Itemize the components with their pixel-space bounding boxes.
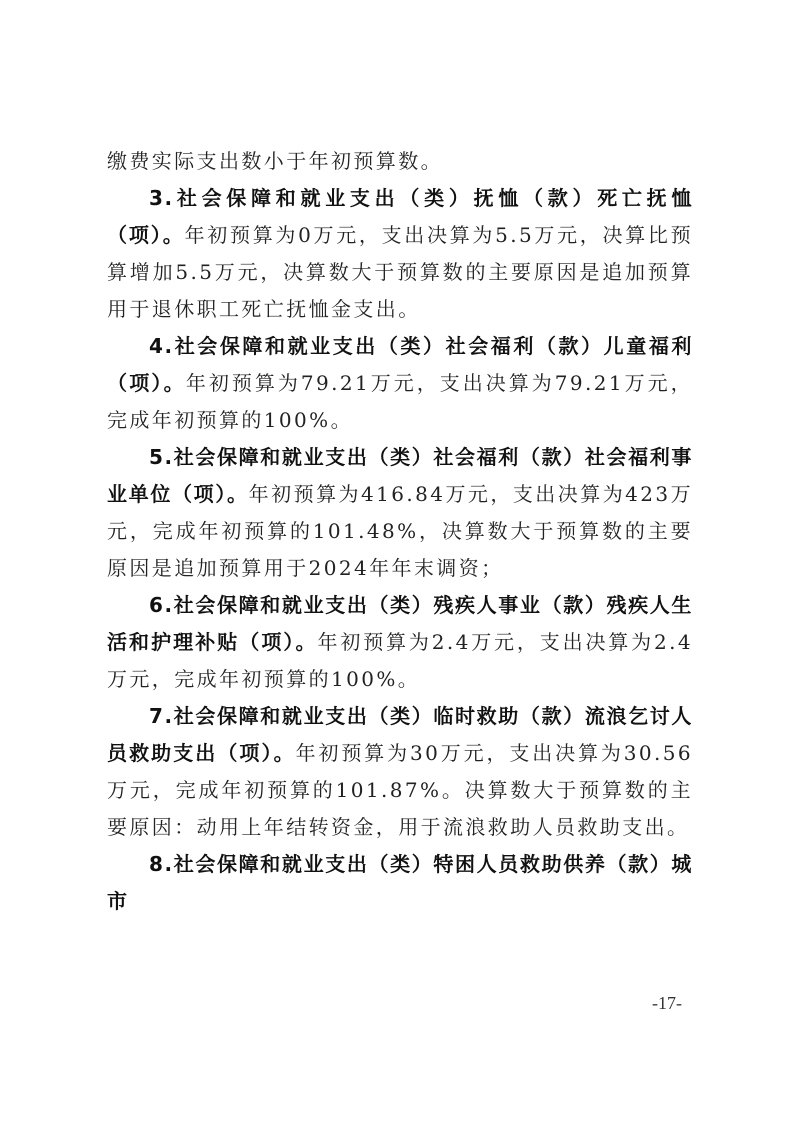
paragraph-item-6: 6.社会保障和就业支出（类）残疾人事业（款）残疾人生活和护理补贴（项）。年初预算… — [107, 587, 693, 698]
paragraph-text: 年初预算为0万元，支出决算为5.5万元，决算比预算增加5.5万元，决算数大于预算… — [107, 223, 693, 321]
document-body: 缴费实际支出数小于年初预算数。 3.社会保障和就业支出（类）抚恤（款）死亡抚恤（… — [107, 143, 693, 920]
paragraph-item-7: 7.社会保障和就业支出（类）临时救助（款）流浪乞讨人员救助支出（项）。年初预算为… — [107, 698, 693, 846]
paragraph-item-5: 5.社会保障和就业支出（类）社会福利（款）社会福利事业单位（项）。年初预算为41… — [107, 439, 693, 587]
document-page: 缴费实际支出数小于年初预算数。 3.社会保障和就业支出（类）抚恤（款）死亡抚恤（… — [0, 0, 793, 1122]
paragraph-item-3: 3.社会保障和就业支出（类）抚恤（款）死亡抚恤（项）。年初预算为0万元，支出决算… — [107, 180, 693, 328]
paragraph-heading: 8.社会保障和就业支出（类）特困人员救助供养（款）城市 — [107, 852, 693, 913]
paragraph-text: 缴费实际支出数小于年初预算数。 — [107, 149, 443, 173]
paragraph-item-8: 8.社会保障和就业支出（类）特困人员救助供养（款）城市 — [107, 846, 693, 920]
paragraph-continuation: 缴费实际支出数小于年初预算数。 — [107, 143, 693, 180]
page-number: -17- — [652, 993, 682, 1014]
paragraph-item-4: 4.社会保障和就业支出（类）社会福利（款）儿童福利（项）。年初预算为79.21万… — [107, 328, 693, 439]
paragraph-text: 年初预算为79.21万元，支出决算为79.21万元，完成年初预算的100%。 — [107, 371, 693, 432]
